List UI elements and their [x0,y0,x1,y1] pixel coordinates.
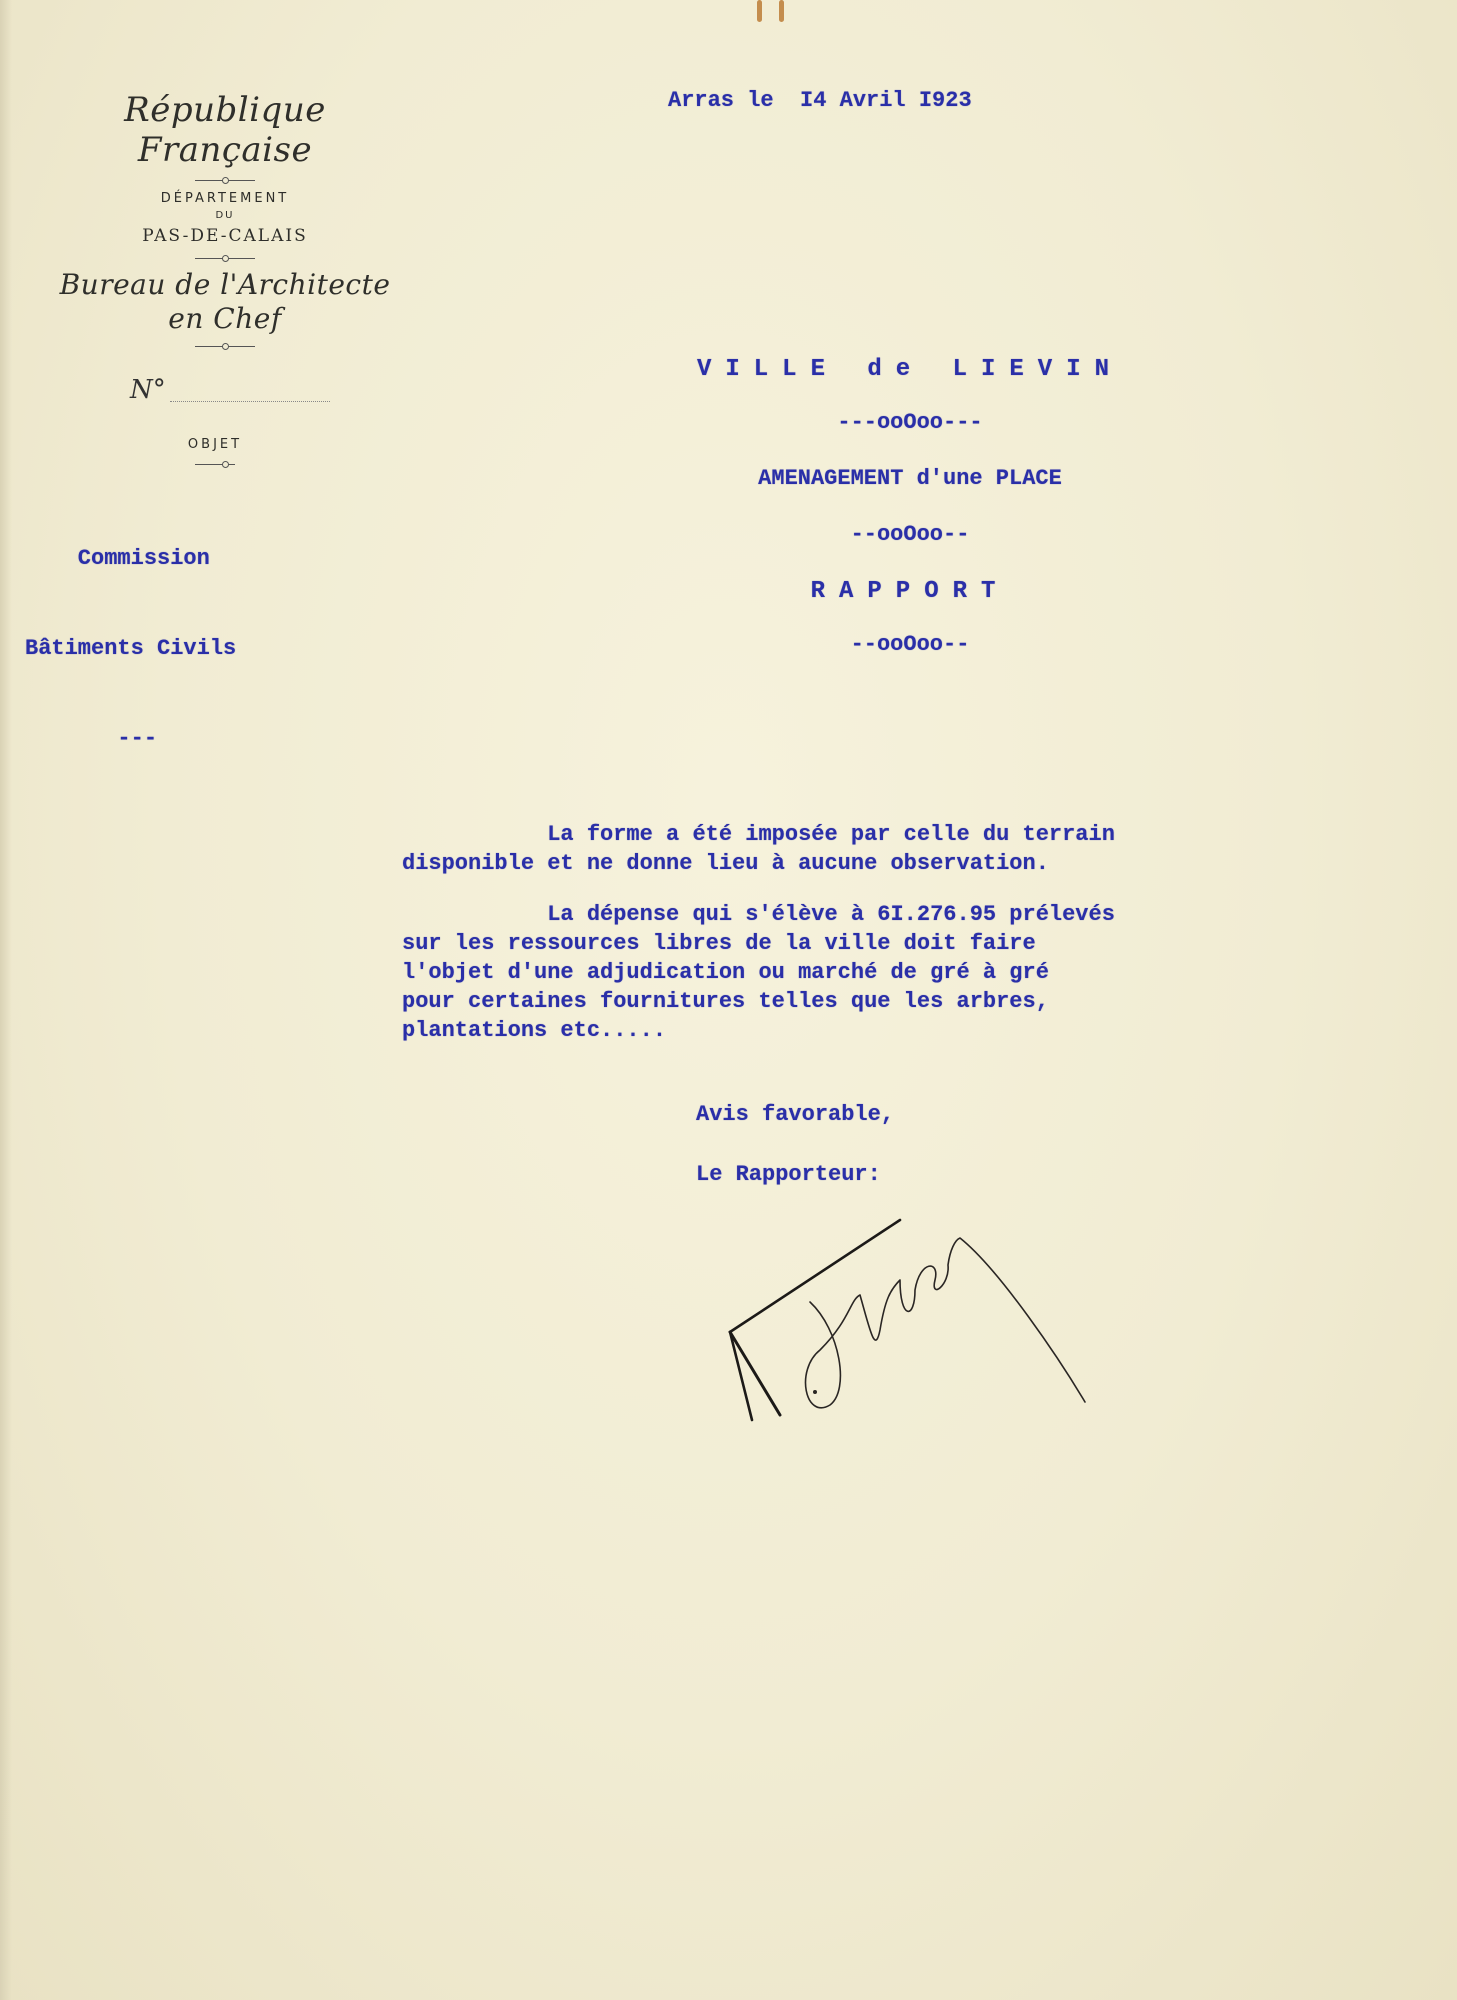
city-title: VILLE de LIEVIN [620,355,1200,385]
document-page: République Française DÉPARTEMENT DU PAS-… [0,0,1457,2000]
divider-3: --ooOoo-- [620,631,1200,659]
ornament-divider-icon [195,176,255,184]
date-line: Arras le I4 Avril I923 [668,88,972,113]
objet-line1: Commission [25,544,236,574]
paragraph-1-line-1: La forme a été imposée par celle du terr… [402,822,1115,847]
paragraph-1: La forme a été imposée par celle du terr… [402,820,1162,878]
paragraph-2-line-1: La dépense qui s'élève à 6I.276.95 préle… [402,902,1115,927]
department-label: DÉPARTEMENT [40,190,410,208]
paragraph-2-line-3: l'objet d'une adjudication ou marché de … [402,960,1049,985]
paragraph-2-line-4: pour certaines fournitures telles que le… [402,989,1049,1014]
divider-1: ---ooOoo--- [620,409,1200,437]
bureau-line2: en Chef [40,302,410,336]
objet-line2: Bâtiments Civils [25,634,236,664]
paper-edge-shadow [0,0,12,2000]
opinion-text: Avis favorable, [696,1100,894,1130]
objet-label: OBJET [150,436,280,454]
letterhead: République Française DÉPARTEMENT DU PAS-… [40,90,410,356]
report-body: La forme a été imposée par celle du terr… [402,820,1162,1067]
department-du: DU [40,208,410,224]
paragraph-2: La dépense qui s'élève à 6I.276.95 préle… [402,900,1162,1045]
ornament-divider-icon [195,254,255,262]
republic-heading: République Française [40,90,410,170]
paragraph-1-line-2: disponible et ne donne lieu à aucune obs… [402,851,1049,876]
objet-section: OBJET [150,436,280,474]
objet-value: Commission Bâtiments Civils --- [25,484,236,814]
department-name: PAS-DE-CALAIS [40,224,410,248]
bureau-line1: Bureau de l'Architecte [40,268,410,302]
divider-2: --ooOoo-- [620,521,1200,549]
report-title: RAPPORT [620,577,1200,607]
paragraph-2-line-5: plantations etc..... [402,1018,666,1043]
dotted-line [170,401,330,402]
staple-mark [757,0,762,22]
ornament-divider-icon [195,460,235,468]
staple-mark [779,0,784,22]
signature-icon [700,1180,1120,1440]
reference-number-field: N° [130,375,330,405]
ornament-divider-icon [195,342,255,350]
objet-line3: --- [25,724,236,754]
numero-label: N° [130,375,166,405]
paragraph-2-line-2: sur les ressources libres de la ville do… [402,931,1036,956]
report-header: VILLE de LIEVIN ---ooOoo--- AMENAGEMENT … [620,355,1200,687]
subject-title: AMENAGEMENT d'une PLACE [620,465,1200,493]
